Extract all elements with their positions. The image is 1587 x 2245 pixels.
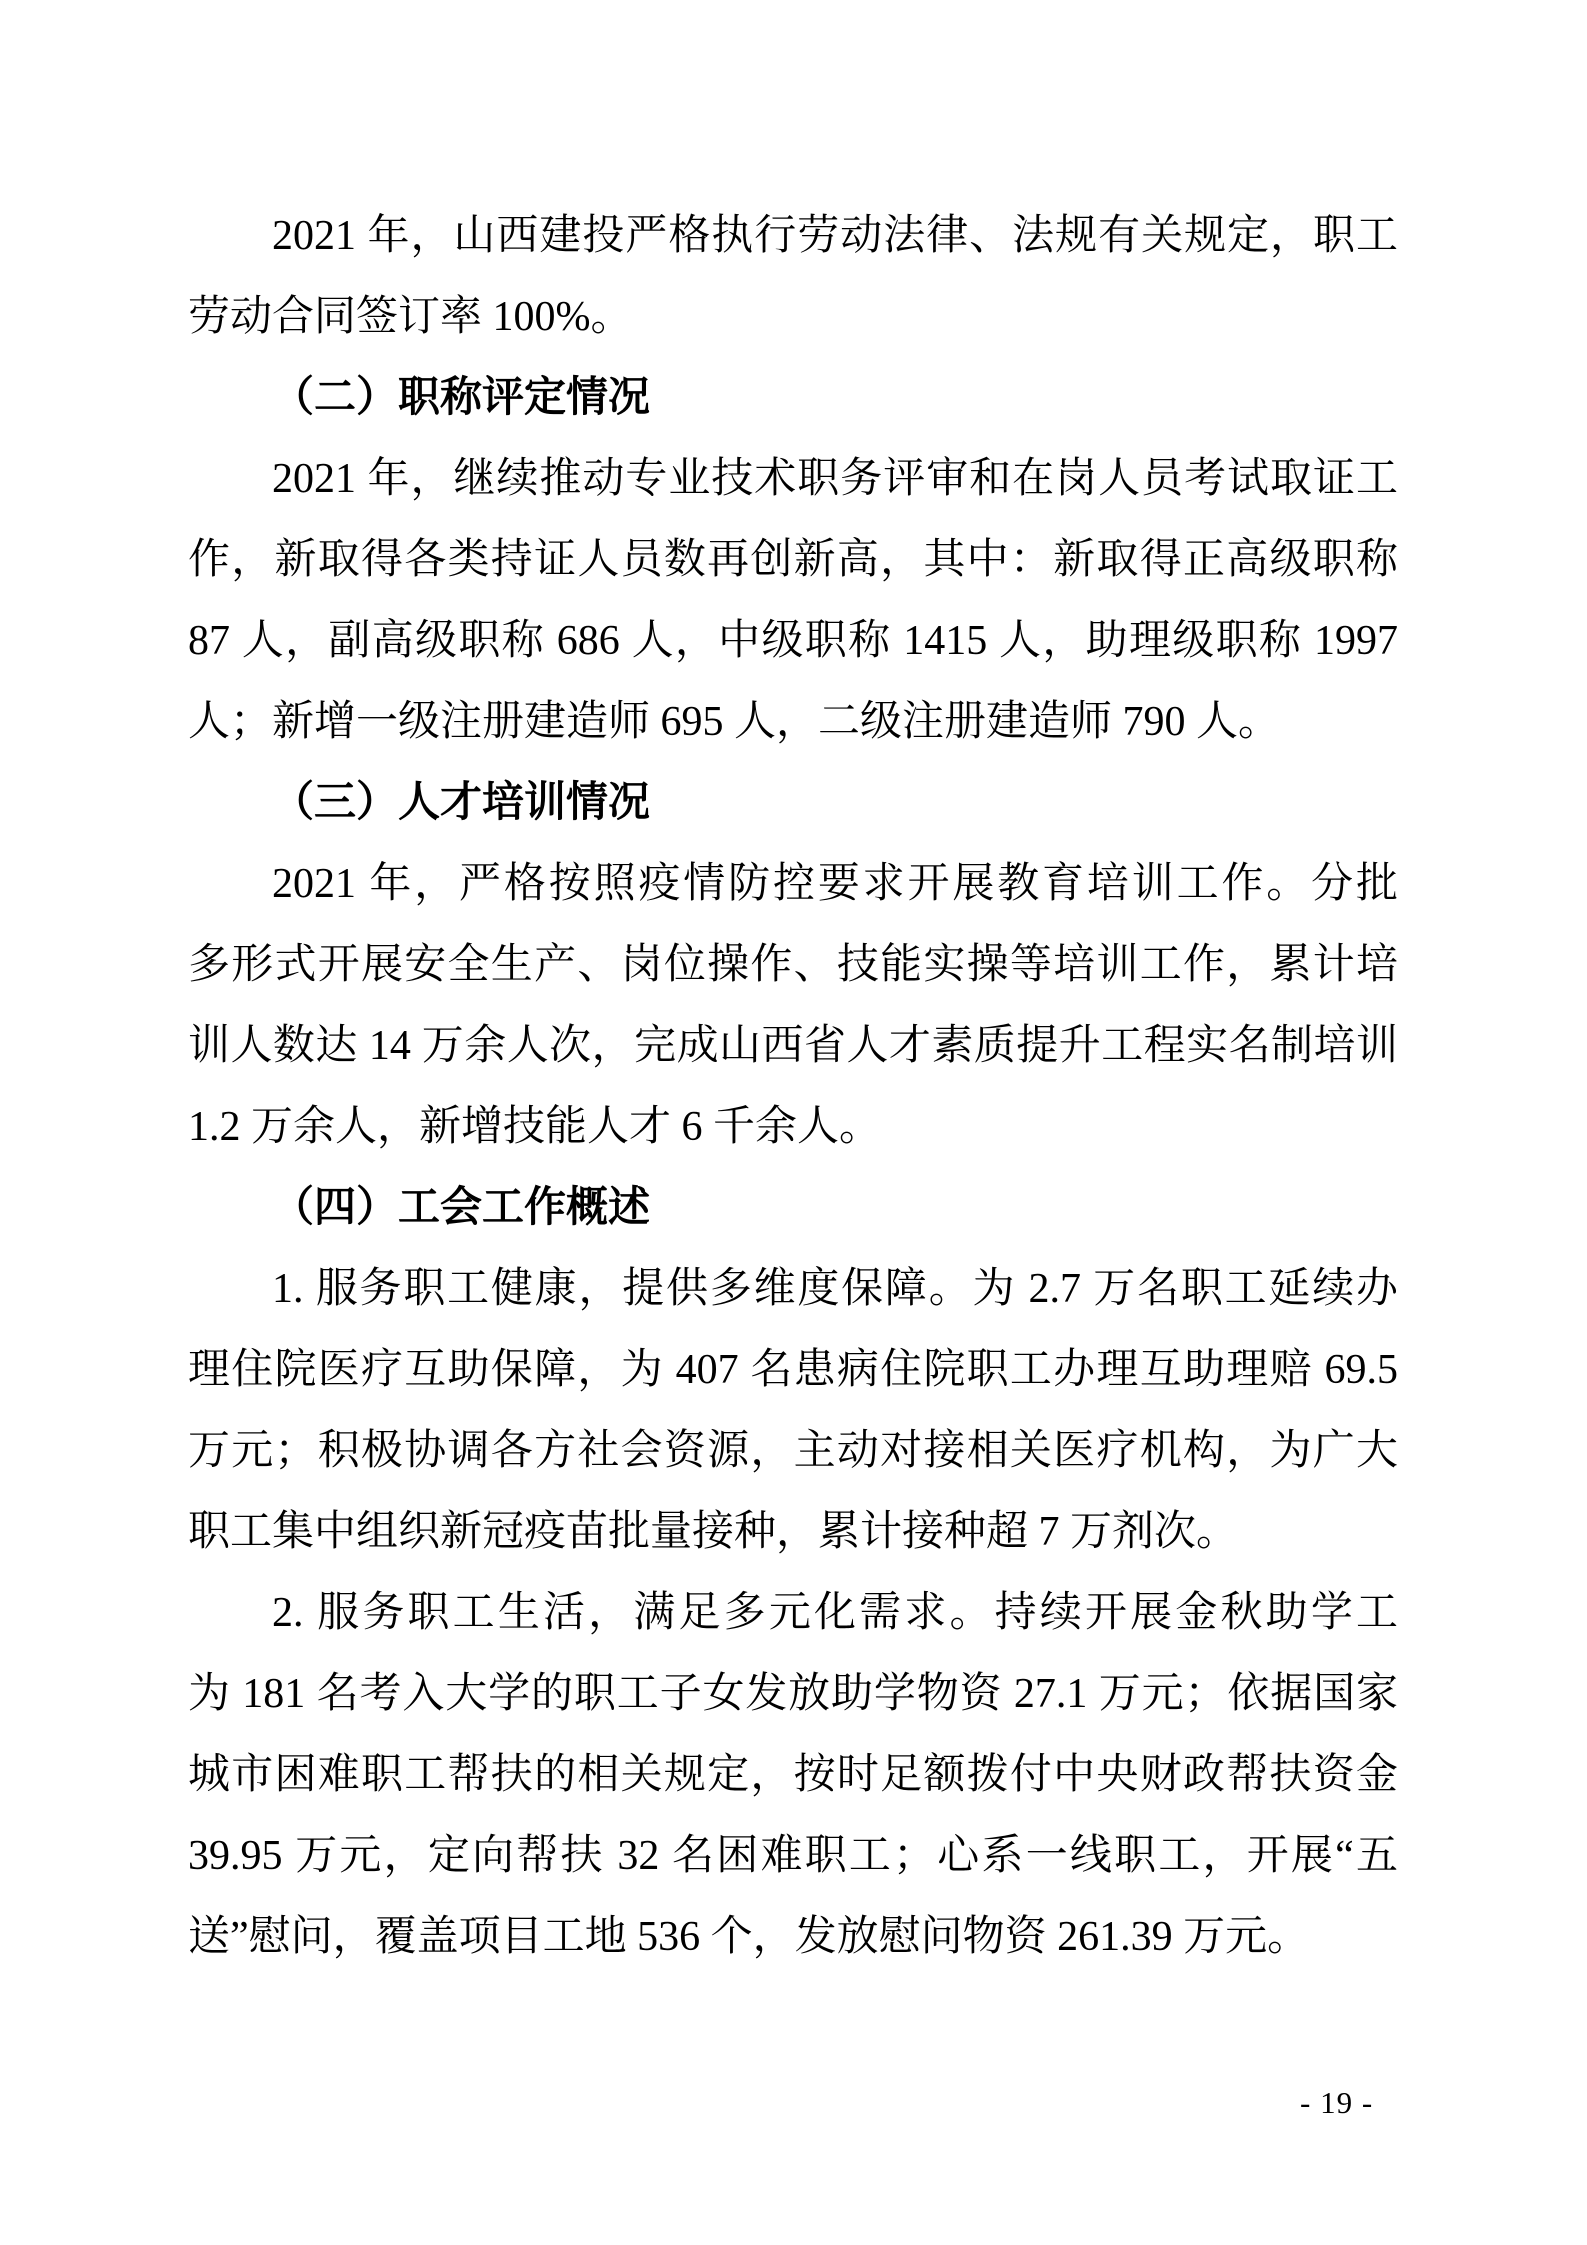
text-line: 为 181 名考入大学的职工子女发放助学物资 27.1 万元；依据国家 [188,1654,1398,1735]
text-line: 2021 年，严格按照疫情防控要求开展教育培训工作。分批次、 [188,844,1398,925]
text-line: 职工集中组织新冠疫苗批量接种，累计接种超 7 万剂次。 [188,1492,1398,1573]
text-line: 2021 年，山西建投严格执行劳动法律、法规有关规定，职工 [188,196,1398,277]
text-line: 87 人，副高级职称 686 人，中级职称 1415 人，助理级职称 1997 [188,601,1398,682]
text-line: 1. 服务职工健康，提供多维度保障。为 2.7 万名职工延续办 [188,1249,1398,1330]
text-line: 送”慰问，覆盖项目工地 536 个，发放慰问物资 261.39 万元。 [188,1897,1398,1978]
text-line: 人；新增一级注册建造师 695 人，二级注册建造师 790 人。 [188,682,1398,763]
text-line: 2021 年，继续推动专业技术职务评审和在岗人员考试取证工 [188,439,1398,520]
page-number: - 19 - [1300,2082,1373,2124]
text-line: 2. 服务职工生活，满足多元化需求。持续开展金秋助学工作， [188,1573,1398,1654]
text-line: 多形式开展安全生产、岗位操作、技能实操等培训工作，累计培 [188,925,1398,1006]
text-line: 训人数达 14 万余人次，完成山西省人才素质提升工程实名制培训 [188,1006,1398,1087]
document-body: 2021 年，山西建投严格执行劳动法律、法规有关规定，职工劳动合同签订率 100… [188,196,1398,1978]
text-line: 39.95 万元，定向帮扶 32 名困难职工；心系一线职工，开展“五 [188,1816,1398,1897]
text-line: 作，新取得各类持证人员数再创新高，其中：新取得正高级职称 [188,520,1398,601]
text-line: 理住院医疗互助保障，为 407 名患病住院职工办理互助理赔 69.5 [188,1330,1398,1411]
section-heading: （四）工会工作概述 [188,1168,1398,1249]
text-line: 劳动合同签订率 100%。 [188,277,1398,358]
text-line: 万元；积极协调各方社会资源，主动对接相关医疗机构，为广大 [188,1411,1398,1492]
section-heading: （三）人才培训情况 [188,763,1398,844]
section-heading: （二）职称评定情况 [188,358,1398,439]
text-line: 城市困难职工帮扶的相关规定，按时足额拨付中央财政帮扶资金 [188,1735,1398,1816]
text-line: 1.2 万余人，新增技能人才 6 千余人。 [188,1087,1398,1168]
document-page: 2021 年，山西建投严格执行劳动法律、法规有关规定，职工劳动合同签订率 100… [0,0,1587,2245]
